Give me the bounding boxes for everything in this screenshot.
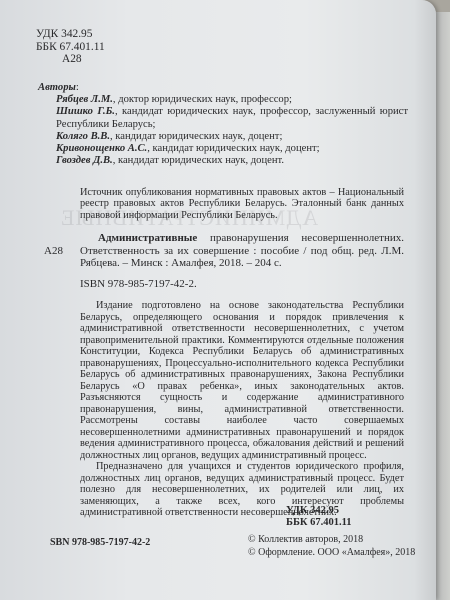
- author-item: Гвоздев Д.В., кандидат юридических наук,…: [38, 155, 408, 167]
- isbn-top: ISBN 978-985-7197-42-2.: [80, 278, 197, 290]
- author-item: Кривонощенко А.С., кандидат юридических …: [38, 143, 408, 155]
- annotation-paragraph: Предназначено для учащихся и студентов ю…: [80, 461, 404, 519]
- author-item: Колягo В.В., кандидат юридических наук, …: [38, 131, 408, 143]
- author-mark: A28: [36, 53, 105, 66]
- authors-section: Авторы: Рябцев Л.М., доктор юридических …: [38, 82, 408, 167]
- copyright: © Коллектив авторов, 2018 © Оформление. …: [248, 534, 415, 559]
- classification-codes: УДК 342.95 ББК 67.401.11 A28: [36, 28, 105, 66]
- annotation-paragraph: Издание подготовлено на основе законодат…: [80, 300, 404, 461]
- source-note: Источник опубликования нормативных право…: [80, 187, 404, 221]
- annotation: Издание подготовлено на основе законодат…: [80, 300, 404, 519]
- bottom-codes: УДК 342.95 ББК 67.401.11: [286, 505, 352, 529]
- authors-label: Авторы: [38, 82, 76, 93]
- book-edge: [436, 12, 450, 600]
- author-item: Шишко Г.Б., кандидат юридических наук, п…: [38, 106, 408, 130]
- book-page: АДМИНИСТРАТИВНЫЕ УДК 342.95 ББК 67.401.1…: [0, 0, 436, 600]
- bibliographic-record: Административные правонарушения несоверш…: [80, 232, 404, 270]
- udk-code: УДК 342.95: [36, 28, 105, 41]
- isbn-bottom: SBN 978-985-7197-42-2: [50, 537, 150, 549]
- author-item: Рябцев Л.М., доктор юридических наук, пр…: [38, 94, 408, 106]
- bibliography-mark: A28: [44, 245, 63, 257]
- bbk-code: ББК 67.401.11: [36, 41, 105, 54]
